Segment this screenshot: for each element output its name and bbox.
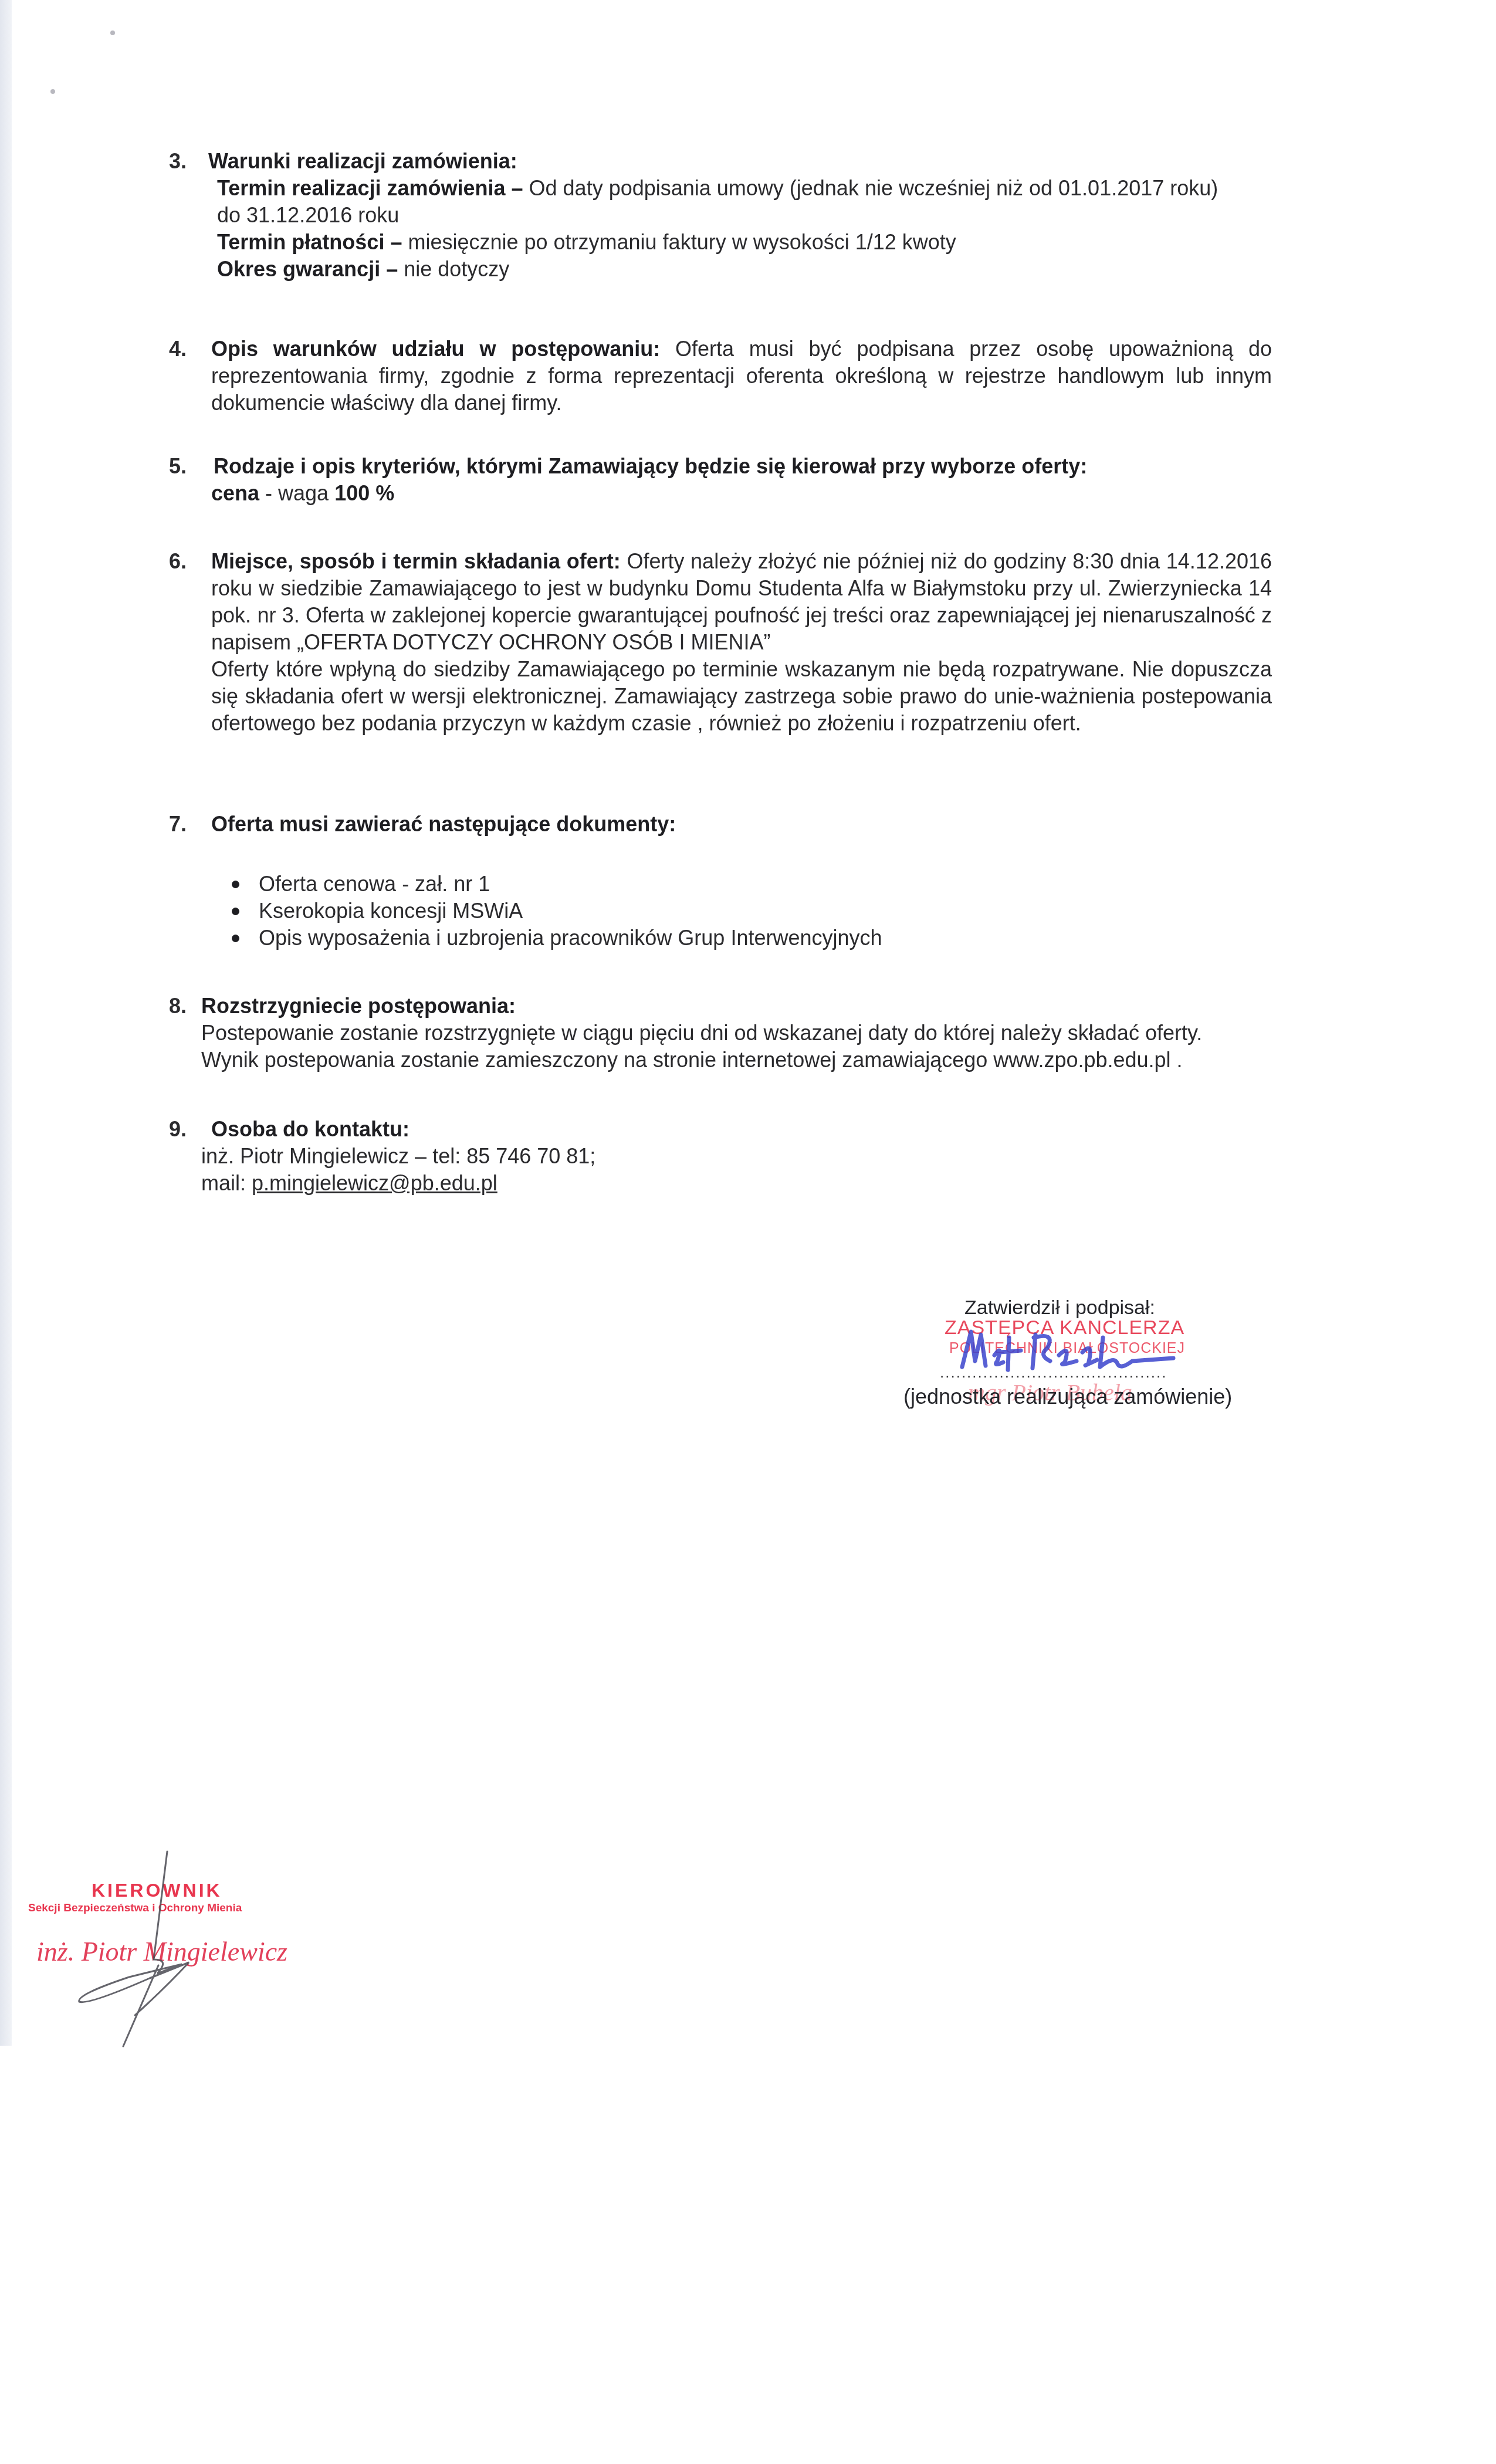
- contact-mail: mail: p.mingielewicz@pb.edu.pl: [201, 1170, 1272, 1197]
- section-9: 9. Osoba do kontaktu: inż. Piotr Mingiel…: [169, 1116, 1272, 1198]
- section-number: 6.: [169, 548, 187, 575]
- submission-rules: Oferty które wpłyną do siedziby Zamawiaj…: [211, 656, 1272, 737]
- section-number: 7.: [169, 811, 187, 838]
- bullet-icon: [232, 935, 239, 942]
- list-item: Kserokopia koncesji MSWiA: [226, 898, 1272, 925]
- section-5: 5. Rodzaje i opis kryteriów, którymi Zam…: [169, 453, 1272, 507]
- section-heading: Opis warunków udziału w postępowaniu:: [211, 337, 660, 361]
- contact-person: inż. Piotr Mingielewicz – tel: 85 746 70…: [201, 1143, 1272, 1170]
- email-link[interactable]: p.mingielewicz@pb.edu.pl: [252, 1171, 497, 1195]
- resolution-text: Postepowanie zostanie rozstrzygnięte w c…: [201, 1020, 1272, 1047]
- section-number: 3.: [169, 148, 187, 175]
- section-heading: Miejsce, sposób i termin składania ofert…: [211, 549, 621, 573]
- section-number: 8.: [169, 993, 187, 1020]
- section-number: 9.: [169, 1116, 187, 1143]
- section-heading: Osoba do kontaktu:: [211, 1116, 1272, 1143]
- payment-term: Termin płatności – miesięcznie po otrzym…: [217, 229, 1272, 256]
- section-4: 4. Opis warunków udziału w postępowaniu:…: [169, 336, 1272, 418]
- section-8: 8. Rozstrzygniecie postępowania: Postepo…: [169, 993, 1272, 1075]
- section-heading: Oferta musi zawierać następujące dokumen…: [211, 811, 1272, 838]
- result-publication-text: Wynik postepowania zostanie zamieszczony…: [201, 1047, 1272, 1074]
- section-6: 6. Miejsce, sposób i termin składania of…: [169, 548, 1272, 794]
- realization-term-end: do 31.12.2016 roku: [217, 202, 1272, 229]
- warranty-period: Okres gwarancji – nie dotyczy: [217, 256, 1272, 283]
- scan-edge-strip: [0, 0, 12, 2046]
- list-item: Oferta cenowa - zał. nr 1: [226, 871, 1272, 898]
- section-head-stamp: KIEROWNIK Sekcji Bezpieczeństwa i Ochron…: [0, 1848, 329, 2047]
- section-number: 4.: [169, 336, 187, 363]
- section-heading: Warunki realizacji zamówienia:: [208, 148, 1272, 175]
- bullet-icon: [232, 881, 239, 888]
- criterion-price: cena - waga 100 %: [211, 480, 1272, 507]
- scan-speck: [50, 89, 55, 94]
- bullet-icon: [232, 908, 239, 915]
- required-documents-list: Oferta cenowa - zał. nr 1 Kserokopia kon…: [226, 871, 1272, 952]
- scan-speck: [110, 31, 115, 35]
- signature-unit-label: (jednostka realizująca zamówienie): [903, 1385, 1232, 1409]
- section-number: 5.: [169, 453, 187, 480]
- section-heading: Rodzaje i opis kryteriów, którymi Zamawi…: [211, 453, 1272, 480]
- realization-term: Termin realizacji zamówienia – Od daty p…: [217, 175, 1272, 202]
- handwritten-signature-icon: [0, 1848, 329, 2047]
- section-3: 3. Warunki realizacji zamówienia: Termin…: [169, 148, 1272, 289]
- list-item: Opis wyposażenia i uzbrojenia pracownikó…: [226, 925, 1272, 952]
- section-7: 7. Oferta musi zawierać następujące doku…: [169, 811, 1272, 963]
- section-heading: Rozstrzygniecie postępowania:: [201, 993, 1272, 1020]
